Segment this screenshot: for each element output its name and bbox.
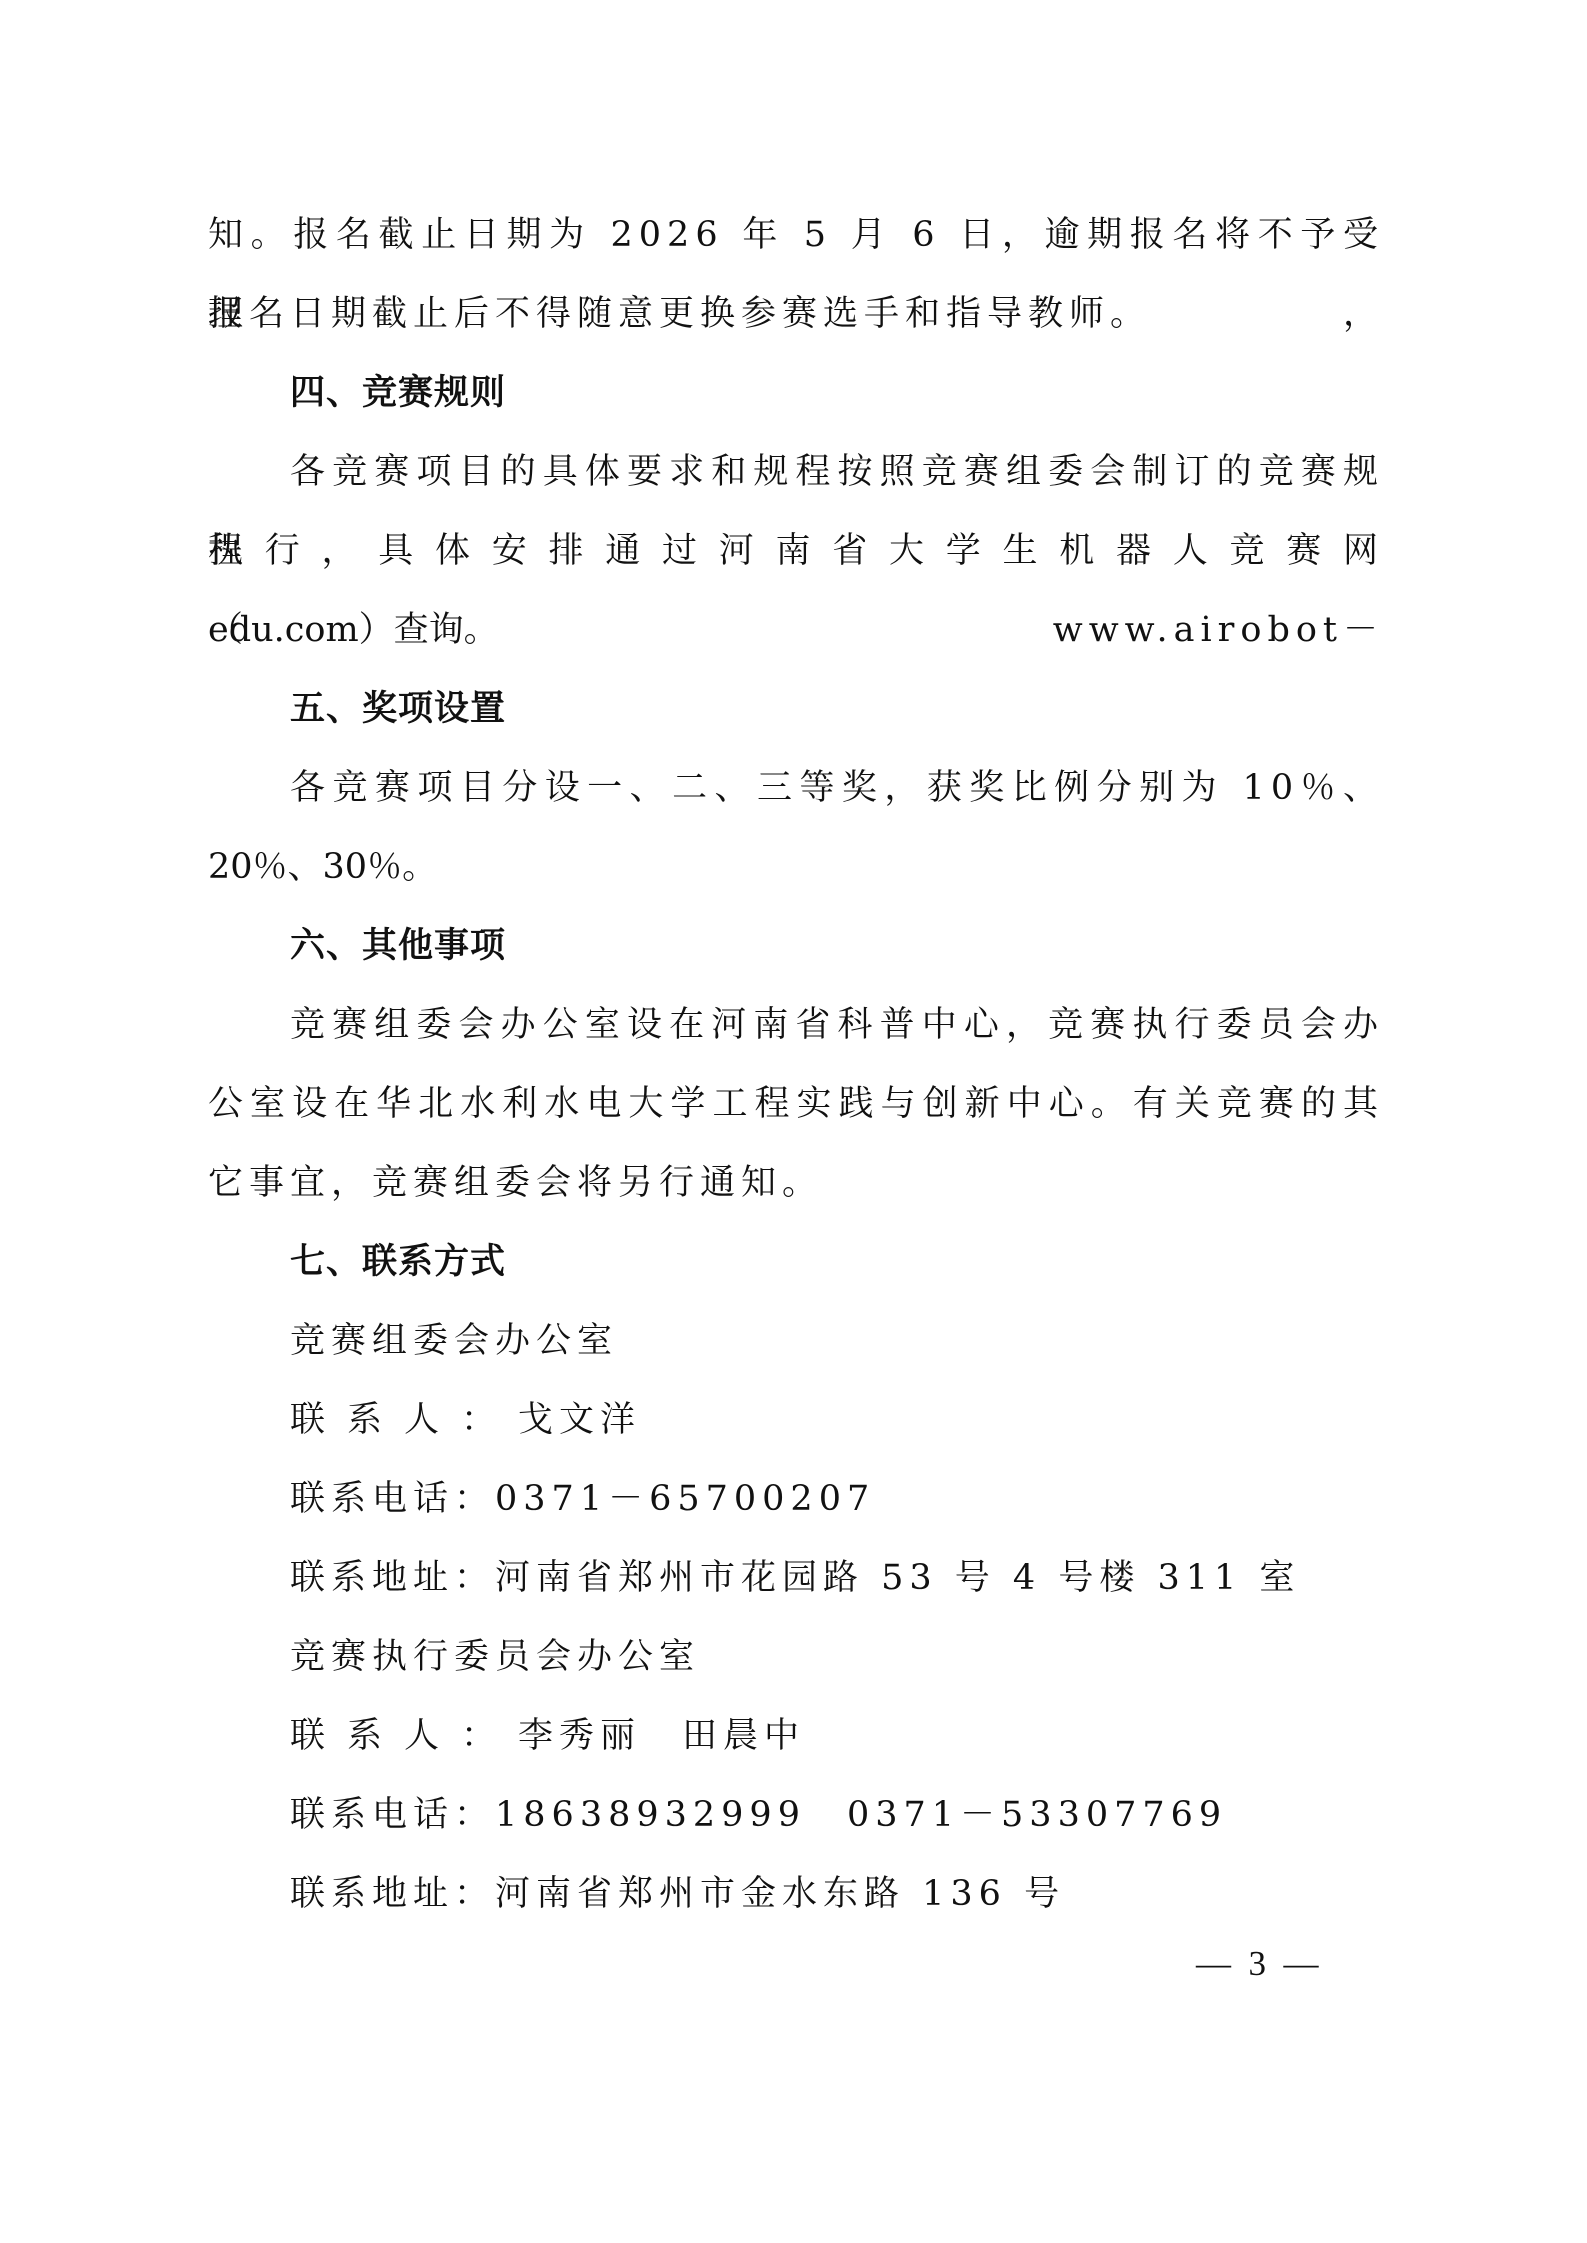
paragraph-line: 它事宜，竞赛组委会将另行通知。: [208, 1144, 1388, 1223]
contact-person-label: 联系人：: [290, 1716, 518, 1756]
section-heading-awards: 五、奖项设置: [208, 670, 1388, 749]
contact-person-value: 李秀丽 田晨中: [518, 1716, 805, 1756]
paragraph-line: 各竞赛项目分设一、二、三等奖，获奖比例分别为 10％、: [208, 749, 1384, 828]
contact-address-row: 联系地址：河南省郑州市金水东路 136 号: [208, 1855, 1388, 1934]
document-body: 知。报名截止日期为 2026 年 5 月 6 日，逾期报名将不予受理， 报名日期…: [208, 196, 1388, 1934]
awards-section: 五、奖项设置 各竞赛项目分设一、二、三等奖，获奖比例分别为 10％、 20％、3…: [208, 670, 1388, 907]
office-name: 竞赛组委会办公室: [208, 1302, 1388, 1381]
contact-phone-row: 联系电话：18638932999 0371－53307769: [208, 1776, 1388, 1855]
paragraph-line: 公室设在华北水利水电大学工程实践与创新中心。有关竞赛的其: [208, 1065, 1384, 1144]
contact-address-label: 联系地址：: [290, 1874, 495, 1914]
contact-phone-label: 联系电话：: [290, 1795, 495, 1835]
section-heading-rules: 四、竞赛规则: [208, 354, 1388, 433]
page-number: — 3 —: [1196, 1944, 1319, 1984]
paragraph-line: 执行，具体安排通过河南省大学生机器人竞赛网（www.airobot－: [208, 512, 1384, 591]
paragraph-line: 各竞赛项目的具体要求和规程按照竞赛组委会制订的竞赛规程: [208, 433, 1384, 512]
contact-person-label: 联系人：: [290, 1400, 518, 1440]
contact-phone-label: 联系电话：: [290, 1479, 495, 1519]
contact-address-label: 联系地址：: [290, 1558, 495, 1598]
registration-section: 知。报名截止日期为 2026 年 5 月 6 日，逾期报名将不予受理， 报名日期…: [208, 196, 1388, 354]
paragraph-line: 知。报名截止日期为 2026 年 5 月 6 日，逾期报名将不予受理，: [208, 196, 1384, 275]
office-name: 竞赛执行委员会办公室: [208, 1618, 1388, 1697]
other-section: 六、其他事项 竞赛组委会办公室设在河南省科普中心，竞赛执行委员会办 公室设在华北…: [208, 907, 1388, 1223]
contact-phone-value: 18638932999 0371－53307769: [495, 1795, 1227, 1835]
contact-office-organizing: 竞赛组委会办公室 联系人：戈文洋 联系电话：0371－65700207 联系地址…: [208, 1302, 1388, 1618]
contact-phone-row: 联系电话：0371－65700207: [208, 1460, 1388, 1539]
contact-address-value: 河南省郑州市花园路 53 号 4 号楼 311 室: [495, 1558, 1300, 1598]
contact-office-executive: 竞赛执行委员会办公室 联系人：李秀丽 田晨中 联系电话：18638932999 …: [208, 1618, 1388, 1934]
contact-person-row: 联系人：李秀丽 田晨中: [208, 1697, 1388, 1776]
contact-phone-value: 0371－65700207: [495, 1479, 875, 1519]
contact-person-value: 戈文洋: [518, 1400, 641, 1440]
contact-address-value: 河南省郑州市金水东路 136 号: [495, 1874, 1065, 1914]
paragraph-line: 竞赛组委会办公室设在河南省科普中心，竞赛执行委员会办: [208, 986, 1384, 1065]
contact-address-row: 联系地址：河南省郑州市花园路 53 号 4 号楼 311 室: [208, 1539, 1388, 1618]
paragraph-line: 20％、30％。: [208, 828, 1388, 907]
section-heading-contact: 七、联系方式: [208, 1223, 1388, 1302]
contact-section: 七、联系方式 竞赛组委会办公室 联系人：戈文洋 联系电话：0371－657002…: [208, 1223, 1388, 1934]
document-page: 知。报名截止日期为 2026 年 5 月 6 日，逾期报名将不予受理， 报名日期…: [0, 0, 1587, 2243]
section-heading-other: 六、其他事项: [208, 907, 1388, 986]
rules-section: 四、竞赛规则 各竞赛项目的具体要求和规程按照竞赛组委会制订的竞赛规程 执行，具体…: [208, 354, 1388, 670]
contact-person-row: 联系人：戈文洋: [208, 1381, 1388, 1460]
